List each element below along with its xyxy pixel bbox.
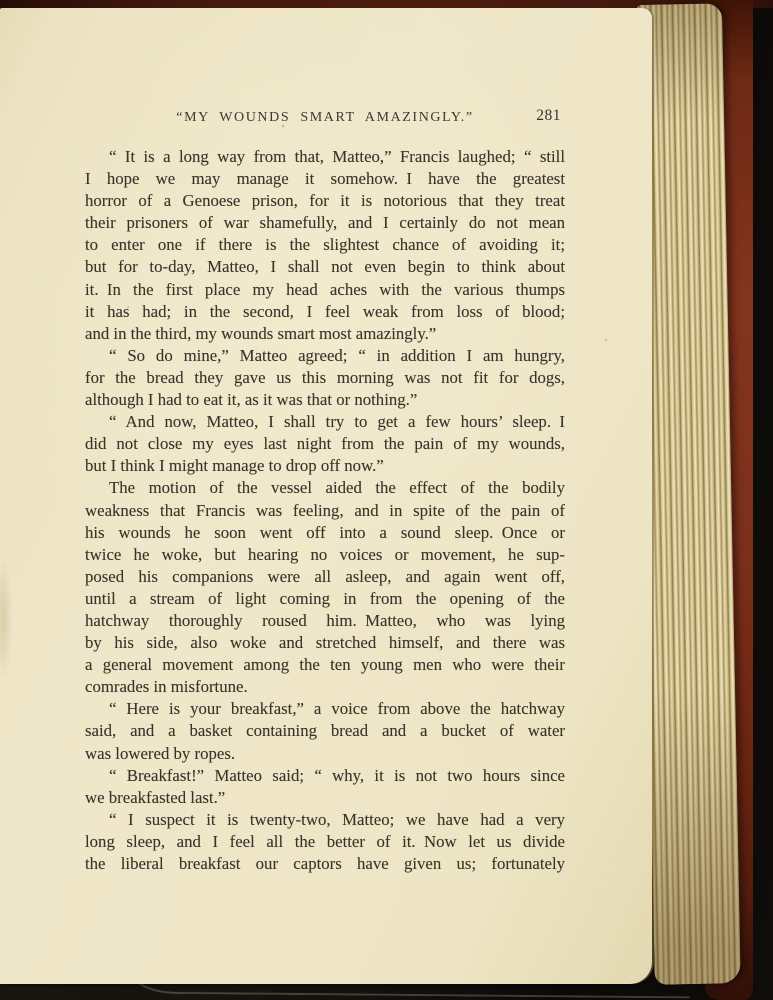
text-line: did not close my eyes last night from th… <box>85 433 565 455</box>
text-line: I hope we may manage it somehow. I have … <box>85 168 565 190</box>
text-line: comrades in misfortune. <box>85 676 565 698</box>
paragraph: “ And now, Matteo, I shall try to get a … <box>85 411 565 477</box>
text-line: until a stream of light coming in from t… <box>85 588 565 610</box>
text-line: said, and a basket containing bread and … <box>85 720 565 742</box>
text-line: “ So do mine,” Matteo agreed; “ in addit… <box>85 345 565 367</box>
text-line: but for to-day, Matteo, I shall not even… <box>85 256 565 278</box>
text-line: we breakfasted last.” <box>85 787 565 809</box>
text-line: “ Here is your breakfast,” a voice from … <box>85 698 565 720</box>
text-line: to enter one if there is the slightest c… <box>85 234 565 256</box>
text-line: was lowered by ropes. <box>85 743 565 765</box>
text-line: and in the third, my wounds smart most a… <box>85 323 565 345</box>
text-line: “ I suspect it is twenty-two, Matteo; we… <box>85 809 565 831</box>
text-line: weakness that Francis was feeling, and i… <box>85 500 565 522</box>
text-line: “ And now, Matteo, I shall try to get a … <box>85 411 565 433</box>
text-line: posed his companions were all asleep, an… <box>85 566 565 588</box>
paragraph: “ Breakfast!” Matteo said; “ why, it is … <box>85 765 565 809</box>
page-text: “ It is a long way from that, Matteo,” F… <box>85 146 565 875</box>
paragraph: “ It is a long way from that, Matteo,” F… <box>85 146 565 345</box>
text-line: by his side, also woke and stretched him… <box>85 632 565 654</box>
text-line: horror of a Genoese prison, for it is no… <box>85 190 565 212</box>
text-line: the liberal breakfast our captors have g… <box>85 853 565 875</box>
paragraph: “ So do mine,” Matteo agreed; “ in addit… <box>85 345 565 411</box>
text-line: but I think I might manage to drop off n… <box>85 455 565 477</box>
text-line: it has had; in the second, I feel weak f… <box>85 301 565 323</box>
paragraph: The motion of the vessel aided the effec… <box>85 477 565 698</box>
text-line: twice he woke, but hearing no voices or … <box>85 544 565 566</box>
text-line: hatchway thoroughly roused him. Matteo, … <box>85 610 565 632</box>
text-line: his wounds he soon went off into a sound… <box>85 522 565 544</box>
page-number: 281 <box>536 107 561 125</box>
text-line: for the bread they gave us this morning … <box>85 367 565 389</box>
running-head: “MY WOUNDS SMART AMAZINGLY.” <box>176 110 473 125</box>
text-line: “ It is a long way from that, Matteo,” F… <box>85 146 565 168</box>
text-line: it. In the first place my head aches wit… <box>85 279 565 301</box>
book-page: “MY WOUNDS SMART AMAZINGLY.” 281 “ It is… <box>0 8 652 984</box>
text-line: a general movement among the ten young m… <box>85 654 565 676</box>
text-line: although I had to eat it, as it was that… <box>85 389 565 411</box>
paragraph: “ Here is your breakfast,” a voice from … <box>85 698 565 764</box>
paragraph: “ I suspect it is twenty-two, Matteo; we… <box>85 809 565 875</box>
text-block: “MY WOUNDS SMART AMAZINGLY.” 281 “ It is… <box>85 108 565 875</box>
text-line: their prisoners of war shamefully, and I… <box>85 212 565 234</box>
text-line: The motion of the vessel aided the effec… <box>85 477 565 499</box>
text-line: long sleep, and I feel all the better of… <box>85 831 565 853</box>
text-line: “ Breakfast!” Matteo said; “ why, it is … <box>85 765 565 787</box>
page-header: “MY WOUNDS SMART AMAZINGLY.” 281 <box>85 108 565 128</box>
